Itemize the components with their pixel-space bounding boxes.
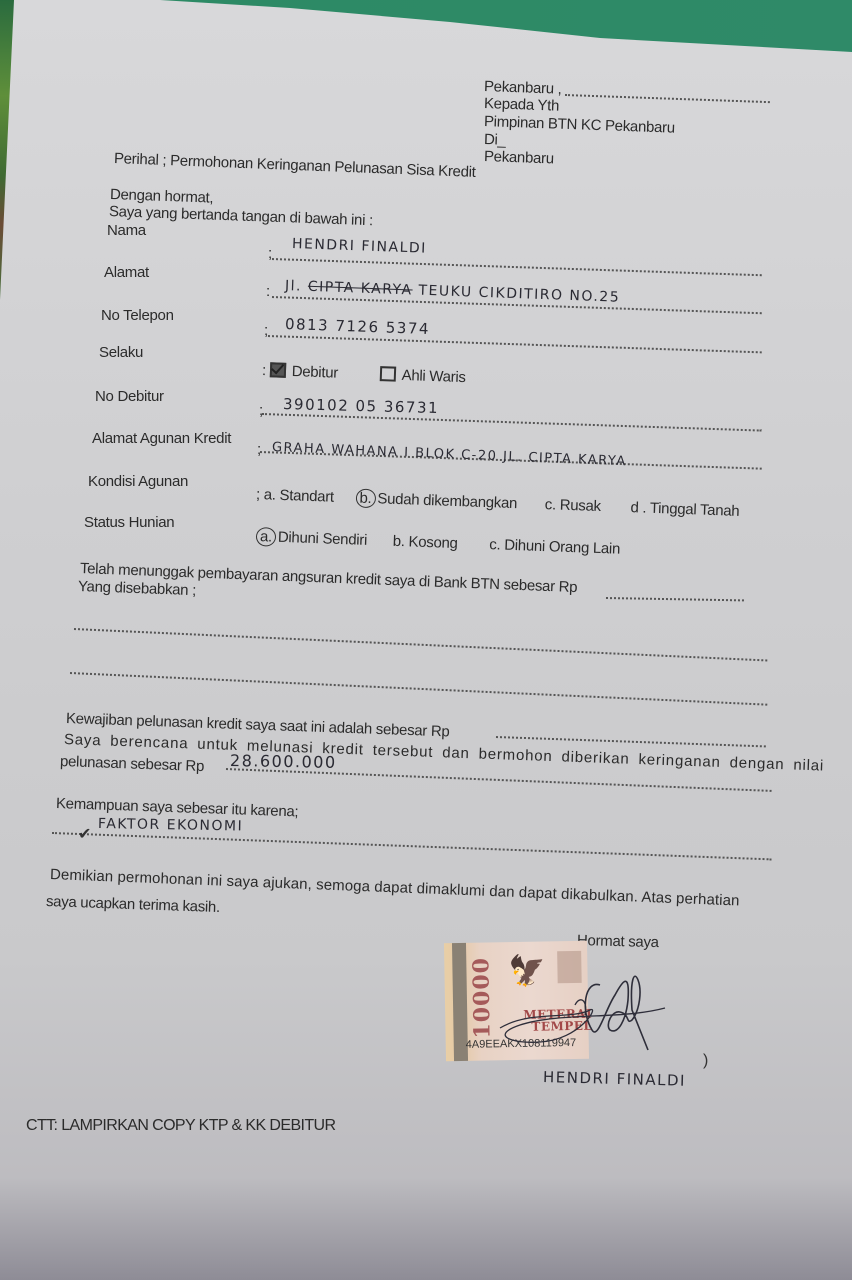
disebabkan-text: Yang disebabkan ; [78, 578, 197, 599]
label-kondisi-agunan: Kondisi Agunan [88, 473, 188, 490]
ahli-waris-label: Ahli Waris [401, 367, 466, 386]
closing-line-2: saya ucapkan terima kasih. [46, 893, 220, 916]
alamat-agunan-value: GRAHA WAHANA I BLOK C-20 JL. CIPTA KARYA [272, 440, 627, 469]
recipient-line4: Pekanbaru [484, 148, 554, 167]
kemampuan-line [52, 832, 772, 860]
pelunasan-label: pelunasan sebesar Rp [60, 753, 205, 775]
hunian-option-c[interactable]: c. Dihuni Orang Lain [489, 536, 620, 558]
intro: Saya yang bertanda tangan di bawah ini : [109, 203, 373, 229]
status-hunian-options: a.Dihuni Sendiri b. Kosong c. Dihuni Ora… [256, 527, 621, 559]
hunian-option-a[interactable]: a.Dihuni Sendiri [256, 528, 368, 549]
signature-scribble [480, 950, 680, 1060]
label-status-hunian: Status Hunian [84, 514, 174, 531]
kondisi-option-b[interactable]: b.Sudah dikembangkan [355, 489, 517, 512]
label-nama: Nama [107, 222, 146, 239]
telepon-line [268, 335, 762, 353]
pelunasan-line [226, 768, 772, 792]
selected-circle: b. [355, 488, 376, 508]
kewajiban-line [496, 736, 766, 747]
nama-line [272, 258, 762, 276]
pelunasan-value: 28.600.000 [230, 751, 337, 772]
label-telepon: No Telepon [101, 307, 174, 324]
reason-line-1 [74, 628, 767, 661]
subject-line: Perihal ; Permohonan Keringanan Pelunasa… [114, 150, 476, 181]
kondisi-option-d[interactable]: d . Tinggal Tanah [630, 499, 739, 520]
attachment-note: CTT: LAMPIRKAN COPY KTP & KK DEBITUR [26, 1117, 335, 1135]
label-selaku: Selaku [99, 344, 143, 361]
regards: Hormat saya [577, 932, 659, 951]
selaku-options: : Debitur Ahli Waris [262, 362, 466, 386]
debitur-label: Debitur [291, 363, 338, 382]
kondisi-option-a[interactable]: a. Standart [263, 486, 334, 505]
recipient-line3: Di_ [484, 131, 506, 149]
label-alamat-agunan: Alamat Agunan Kredit [92, 430, 231, 447]
reason-line-2 [70, 672, 767, 706]
ahli-waris-checkbox[interactable] [379, 366, 396, 382]
telepon-value: 0813 7126 5374 [285, 315, 431, 338]
recipient-line2: Pimpinan BTN KC Pekanbaru [484, 113, 675, 137]
signatory-name: HENDRI FINALDI [543, 1068, 686, 1090]
selected-circle: a. [256, 527, 277, 547]
date-line [565, 94, 770, 103]
label-alamat: Alamat [104, 264, 149, 281]
letter-document: Pekanbaru , Kepada Yth Pimpinan BTN KC P… [0, 0, 852, 1280]
recipient-line1: Kepada Yth [484, 95, 560, 115]
label-no-debitur: No Debitur [95, 388, 164, 405]
kondisi-agunan-options: ; a. Standart b.Sudah dikembangkan c. Ru… [256, 485, 740, 521]
no-debitur-line [262, 413, 762, 432]
tunggakan-line [606, 597, 744, 601]
check-mark-icon: ✔ [78, 824, 91, 844]
debitur-checkbox[interactable] [270, 362, 287, 378]
nama-value: HENDRI FINALDI [292, 236, 427, 257]
kemampuan-value: FAKTOR EKONOMI [98, 816, 243, 835]
hunian-option-b[interactable]: b. Kosong [392, 533, 457, 552]
kondisi-option-c[interactable]: c. Rusak [545, 496, 602, 515]
